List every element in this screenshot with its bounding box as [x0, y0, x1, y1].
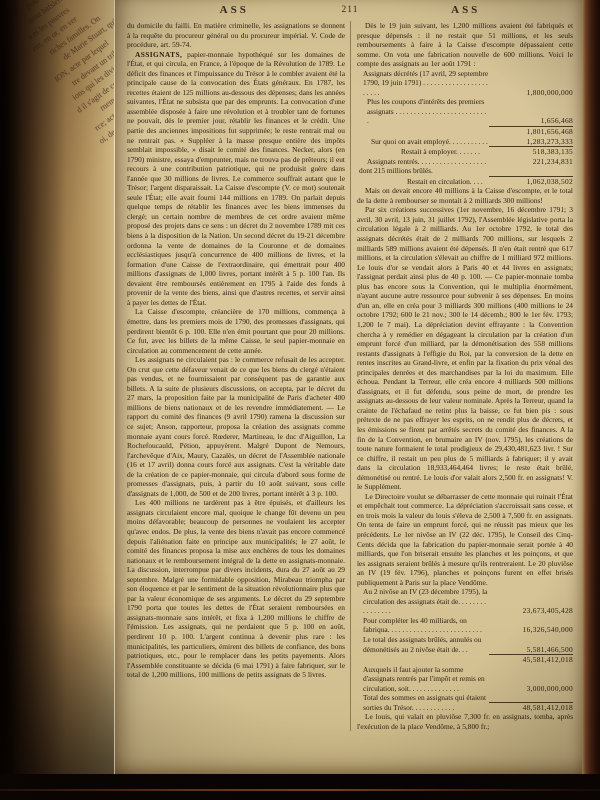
ledger-row: Au 2 nivôse an IV (23 décembre 1795), la… — [357, 587, 573, 616]
paragraph: ASSIGNATS, papier-monnaie hypothéqué sur… — [127, 50, 345, 308]
ledger-label: Restait en circulation. . . . — [357, 177, 489, 187]
ledger-row: Restait en circulation. . . .1,062,038,5… — [357, 176, 573, 187]
dictionary-page: ASS 211 ASS du domicile du failli. En ma… — [114, 0, 582, 774]
ledger-amount: 3,000,000,000 — [489, 684, 573, 694]
fragment-line: t pas ancien ; ni — [0, 0, 114, 5]
fragment-line: ions qui les divise — [67, 0, 114, 106]
photo-bottom-border — [0, 774, 600, 800]
ledger-label: Total des sommes en assignats qui étaien… — [357, 693, 489, 712]
fragment-line: pour deux person — [8, 0, 114, 25]
ledger-row: Auxquels il faut ajouter la somme d'assi… — [357, 665, 573, 694]
fragment-line: de l'objet, et il fut — [0, 0, 114, 15]
ledger-label: Le total des assignats brûlés, annulés o… — [357, 635, 489, 654]
fragment-line: tre devant un tribu — [59, 0, 114, 96]
paragraph: Les 400 millions ne tardèrent pas à être… — [127, 498, 345, 679]
ledger-row: Le total des assignats brûlés, annulés o… — [357, 635, 573, 654]
ledger-amount: 45,581,412,018 — [489, 654, 573, 665]
ledger-row: Restait à employer. . . . . . .518,383,1… — [357, 146, 573, 157]
fragment-line: oi, devant la Cour d — [96, 0, 114, 147]
ledger-row: Total des sommes en assignats qui étaien… — [357, 693, 573, 712]
fragment-line: d il s'agit de comp — [74, 0, 114, 117]
paragraph: du domicile du failli. En matière crimin… — [127, 21, 345, 50]
ledger-amount: 1,800,000,000 — [489, 88, 573, 98]
paragraph: Mais on devait encore 40 millions à la C… — [357, 186, 573, 205]
ledger-label: Assignats rentrés. . . . . . . . . . . .… — [357, 157, 489, 167]
fragment-line: rnement, devant un — [82, 0, 114, 127]
ledger-label: Restait à employer. . . . . . . — [357, 147, 489, 157]
paragraph: Le louis, qui valait en pluviôse 7,300 f… — [357, 712, 573, 731]
fragment-line: s et les pauvres — [22, 0, 114, 45]
paragraph: Dès le 19 juin suivant, les 1,200 millio… — [357, 21, 573, 69]
ledger-amount: 1,656,468 — [489, 116, 573, 126]
header-word-left: ASS — [127, 4, 342, 16]
fragment-line: de Marie Stuart, qu'i — [45, 0, 114, 76]
header-word-right: ASS — [358, 4, 573, 16]
paragraph: Les assignats ne circulaient pas : le co… — [127, 355, 345, 498]
ledger-row: Plus les coupons d'intérêts des premiers… — [357, 97, 573, 126]
book-photo: pièce de vaissellela place est si cht pa… — [0, 0, 600, 800]
fragment-line: rce; acte d'appel, dev — [89, 0, 114, 137]
ledger-label: Sur quoi on avait employé. . . . . . . .… — [357, 137, 489, 147]
page-right-edge — [582, 0, 600, 774]
left-column: du domicile du failli. En matière crimin… — [127, 21, 350, 731]
ledger-note: dont 215 millions brûlés. — [357, 166, 573, 176]
fragment-line: tre donnée par sa — [104, 0, 114, 157]
ledger-amount: 16,326,540,000 — [489, 625, 573, 635]
ledger-label: Pour compléter les 40 milliards, on fabr… — [357, 616, 489, 635]
page-number: 211 — [342, 4, 359, 15]
paragraph: Par six créations successives (1er novem… — [357, 205, 573, 491]
ledger-amount: 221,234,831 — [489, 157, 573, 167]
text-columns: du domicile du failli. En matière crimin… — [127, 21, 573, 731]
entry-word: ASSIGNATS, — [135, 50, 182, 59]
fragment-line: ent, en or, en ver — [30, 0, 114, 56]
paragraph: La Caisse d'escompte, créancière de 170 … — [127, 307, 345, 355]
paragraph: Le Directoire voulut se débarrasser de c… — [357, 492, 573, 587]
facing-page-fragments: pièce de vaissellela place est si cht pa… — [0, 0, 114, 616]
ledger-row: Assignats décrétés (17 avril, 29 septemb… — [357, 69, 573, 98]
right-column: Dès le 19 juin suivant, les 1,200 millio… — [350, 21, 573, 731]
ledger-amount: 48,581,412,018 — [489, 702, 573, 713]
ledger-row: Pour compléter les 40 milliards, on fabr… — [357, 616, 573, 635]
fragment-line: aient bafsler. On — [15, 0, 114, 35]
ledger-row: Sur quoi on avait employé. . . . . . . .… — [357, 137, 573, 147]
ledger-label: Assignats décrétés (17 avril, 29 septemb… — [357, 69, 489, 98]
running-header: ASS 211 ASS — [127, 4, 573, 21]
ledger-row: 45,581,412,018 — [357, 654, 573, 665]
ledger-amount: 518,383,135 — [489, 146, 573, 157]
ledger-row: 1,801,656,468 — [357, 126, 573, 137]
fragment-line: ION, acte par lequel — [52, 0, 114, 86]
ledger-label: Au 2 nivôse an IV (23 décembre 1795), la… — [357, 587, 489, 616]
ledger-amount: 1,283,273,333 — [489, 137, 573, 147]
fragment-line: riches familles. On — [37, 0, 114, 66]
ledger-amount: 1,801,656,468 — [489, 126, 573, 137]
ledger-label: Plus les coupons d'intérêts des premiers… — [357, 97, 489, 126]
ledger-amount: 23,673,405,428 — [489, 606, 573, 616]
book-spine: pièce de vaissellela place est si cht pa… — [0, 0, 114, 774]
ledger-row: Assignats rentrés. . . . . . . . . . . .… — [357, 157, 573, 167]
ledger-label: Auxquels il faut ajouter la somme d'assi… — [357, 665, 489, 694]
ledger-amount: 5,581,466,500 — [489, 645, 573, 655]
ledger-amount: 1,062,038,502 — [489, 176, 573, 187]
